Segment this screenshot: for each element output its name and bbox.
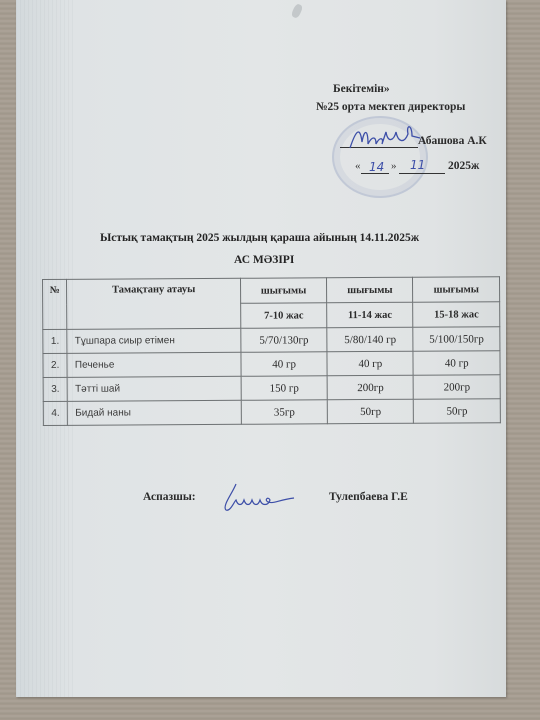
date-quote-open: « — [355, 160, 361, 172]
portion-cell: 5/100/150гр — [413, 327, 500, 352]
portion-cell: 40 гр — [327, 351, 413, 376]
header-age-group: 7-10 жас — [241, 303, 327, 329]
portion-cell: 50гр — [414, 399, 501, 424]
menu-title: АС МӘЗІРІ — [234, 254, 294, 266]
portion-cell: 50гр — [327, 399, 413, 424]
date-day: 14 — [369, 160, 384, 174]
portion-cell: 150 гр — [241, 376, 327, 401]
punch-hole-mark — [290, 3, 303, 19]
date-quote-close: » — [391, 160, 397, 172]
dish-name: Печенье — [67, 352, 241, 377]
date-month: 11 — [410, 158, 425, 172]
row-number: 1. — [43, 329, 68, 353]
header-number: № — [43, 279, 68, 329]
dish-name: Тәтті шай — [67, 376, 241, 401]
director-signature — [346, 122, 426, 154]
header-name: Тамақтану атауы — [67, 278, 241, 329]
portion-cell: 5/80/140 гр — [327, 327, 413, 352]
header-output: шығымы — [413, 277, 500, 303]
portion-cell: 200гр — [327, 375, 413, 400]
portion-cell: 40 гр — [241, 352, 327, 377]
cook-name: Тулепбаева Г.Е — [329, 491, 408, 503]
cook-label: Аспазшы: — [143, 491, 196, 503]
header-age-group: 11-14 жас — [327, 302, 413, 328]
portion-cell: 200гр — [413, 375, 500, 400]
header-output: шығымы — [240, 278, 326, 304]
date-year: 2025ж — [448, 160, 479, 172]
table-row: 1. Тұшпара сиыр етімен 5/70/130гр 5/80/1… — [43, 327, 500, 354]
row-number: 3. — [43, 377, 68, 401]
dish-name: Бидай наны — [68, 400, 242, 425]
dish-name: Тұшпара сиыр етімен — [67, 328, 241, 353]
header-age-group: 15-18 жас — [413, 302, 500, 328]
approval-position: №25 орта мектеп директоры — [316, 101, 465, 113]
cook-signature — [218, 480, 298, 514]
table-row: 2. Печенье 40 гр 40 гр 40 гр — [43, 351, 500, 378]
portion-cell: 40 гр — [413, 351, 500, 376]
table-row: 4. Бидай наны 35гр 50гр 50гр — [43, 399, 500, 426]
portion-cell: 5/70/130гр — [241, 328, 327, 353]
portion-cell: 35гр — [241, 400, 327, 425]
approval-title: Бекітемін» — [333, 83, 390, 95]
row-number: 4. — [43, 401, 68, 425]
document-title: Ыстық тамақтың 2025 жылдың қараша айының… — [100, 232, 419, 244]
table-row: 3. Тәтті шай 150 гр 200гр 200гр — [43, 375, 500, 402]
director-name: Абашова А.К — [418, 135, 487, 147]
row-number: 2. — [43, 353, 68, 377]
table-header-row: № Тамақтану атауы шығымы шығымы шығымы — [43, 277, 500, 305]
header-output: шығымы — [327, 277, 413, 303]
month-line — [399, 173, 445, 174]
menu-table: № Тамақтану атауы шығымы шығымы шығымы 7… — [42, 276, 501, 426]
